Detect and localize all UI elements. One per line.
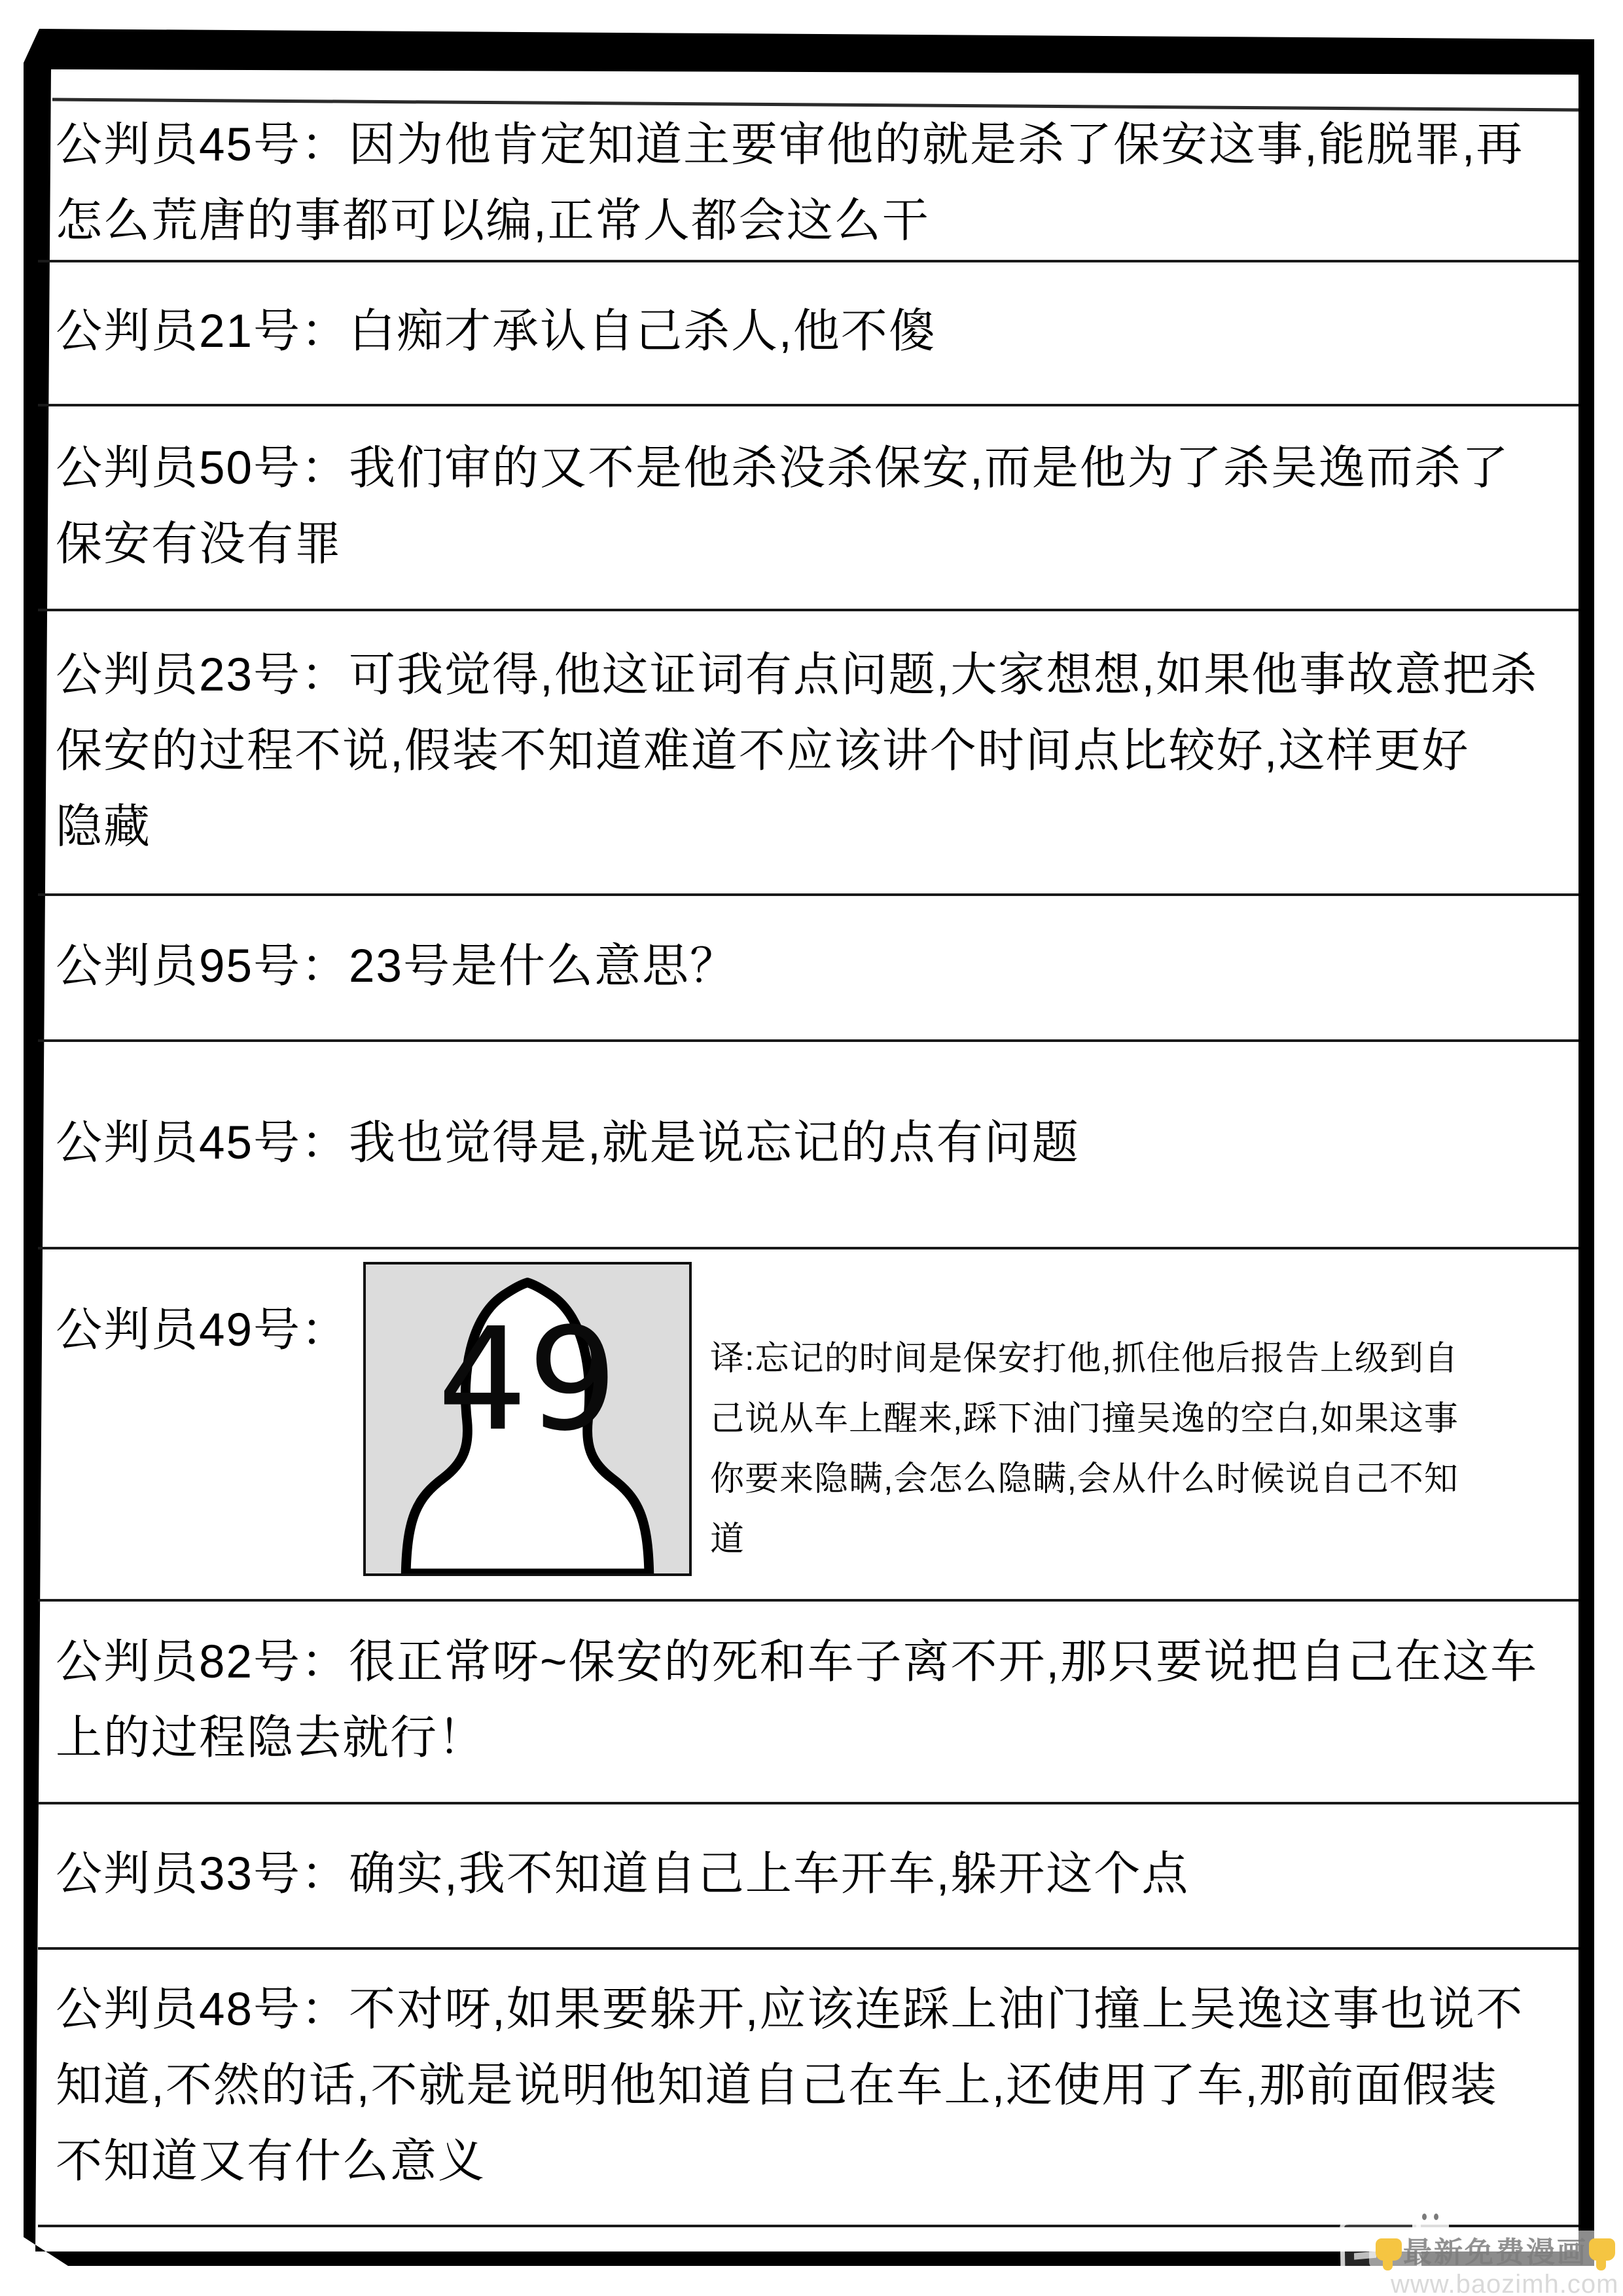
dialogue-row-公判员23号: 公判员23号：可我觉得,他这证词有点问题,大家想想,如果他事故意把杀保安的过程不… <box>41 609 1574 893</box>
dialogue-line: 保安的过程不说,假装不知道难道不应该讲个时间点比较好,这样更好 <box>56 713 1574 789</box>
juror-silhouette-icon: 49 <box>366 1265 689 1573</box>
dialogue-line: 公判员45号：因为他肯定知道主要审他的就是杀了保安这事,能脱罪,再 <box>56 107 1574 183</box>
translation-caption: 译:忘记的时间是保安打他,抓住他后报告上级到自 己说从车上醒来,踩下油门撞吴逸的… <box>710 1329 1580 1570</box>
dialogue-line: 公判员82号：很正常呀~保安的死和车子离不开,那只要说把自己在这车 <box>56 1624 1574 1700</box>
dialogue-line: 公判员95号：23号是什么意思？ <box>56 929 1574 1005</box>
dialogue-line: 公判员23号：可我觉得,他这证词有点问题,大家想想,如果他事故意把杀 <box>56 637 1574 713</box>
dialogue-line: 上的过程隐去就行！ <box>56 1700 1574 1776</box>
dialogue-line: 公判员33号：确实,我不知道自己上车开车,躲开这个点 <box>56 1837 1574 1912</box>
pointing-down-icon <box>1376 2238 1402 2261</box>
dialogue-row-公判员50号: 公判员50号：我们审的又不是他杀没杀保安,而是他为了杀吴逸而杀了保安有没有罪 <box>41 404 1574 609</box>
dialogue-line: 隐藏 <box>56 789 1574 865</box>
dialogue-line: 公判员45号：我也觉得是,就是说忘记的点有问题 <box>56 1105 1574 1181</box>
dialogue-row-公判员95号: 公判员95号：23号是什么意思？ <box>41 893 1574 1039</box>
dialogue-row-公判员45号: 公判员45号：我也觉得是,就是说忘记的点有问题 <box>41 1039 1574 1247</box>
dialogue-line: 怎么荒唐的事都可以编,正常人都会这么干 <box>56 183 1574 259</box>
pointing-down-icon <box>1589 2238 1615 2261</box>
dialogue-line: 公判员50号：我们审的又不是他杀没杀保安,而是他为了杀吴逸而杀了 <box>56 431 1574 507</box>
speaker-label-49: 公判员49号： <box>56 1293 349 1359</box>
caption-line: 道 <box>710 1509 1580 1570</box>
watermark-slogan: 最新免费漫画 <box>1403 2229 1588 2270</box>
caption-line: 己说从车上醒来,踩下油门撞吴逸的空白,如果这事 <box>710 1389 1580 1449</box>
site-watermark: 最新免费漫画 www.baozimh.com <box>1329 2199 1623 2296</box>
watermark-banner: 最新免费漫画 <box>1369 2231 1622 2269</box>
mascot-icon <box>1412 2204 1449 2231</box>
dialogue-row-公判员82号: 公判员82号：很正常呀~保安的死和车子离不开,那只要说把自己在这车上的过程隐去就… <box>41 1599 1574 1802</box>
caption-line: 译:忘记的时间是保安打他,抓住他后报告上级到自 <box>710 1329 1580 1389</box>
dialogue-line: 知道,不然的话,不就是说明他知道自己在车上,还使用了车,那前面假装 <box>56 2048 1574 2124</box>
avatar-number: 49 <box>437 1298 617 1463</box>
dialogue-row-公判员33号: 公判员33号：确实,我不知道自己上车开车,躲开这个点 <box>41 1802 1574 1947</box>
watermark-url: www.baozimh.com <box>1391 2270 1618 2296</box>
dialogue-row-公判员21号: 公判员21号：白痴才承认自己杀人,他不傻 <box>41 260 1574 404</box>
dialogue-line: 公判员48号：不对呀,如果要躲开,应该连踩上油门撞上吴逸这事也说不 <box>56 1972 1574 2048</box>
juror-49-avatar: 49 <box>363 1262 692 1576</box>
caption-line: 你要来隐瞒,会怎么隐瞒,会从什么时候说自己不知 <box>710 1449 1580 1509</box>
dialogue-line: 保安有没有罪 <box>56 507 1574 583</box>
comic-page: 公判员45号：因为他肯定知道主要审他的就是杀了保安这事,能脱罪,再怎么荒唐的事都… <box>0 0 1623 2296</box>
dialogue-row-公判员45号: 公判员45号：因为他肯定知道主要审他的就是杀了保安这事,能脱罪,再怎么荒唐的事都… <box>41 106 1574 260</box>
dialogue-line: 不知道又有什么意义 <box>56 2124 1574 2200</box>
dialogue-row-公判员48号: 公判员48号：不对呀,如果要躲开,应该连踩上油门撞上吴逸这事也说不知道,不然的话… <box>41 1947 1574 2225</box>
dialogue-line: 公判员21号：白痴才承认自己杀人,他不傻 <box>56 294 1574 370</box>
